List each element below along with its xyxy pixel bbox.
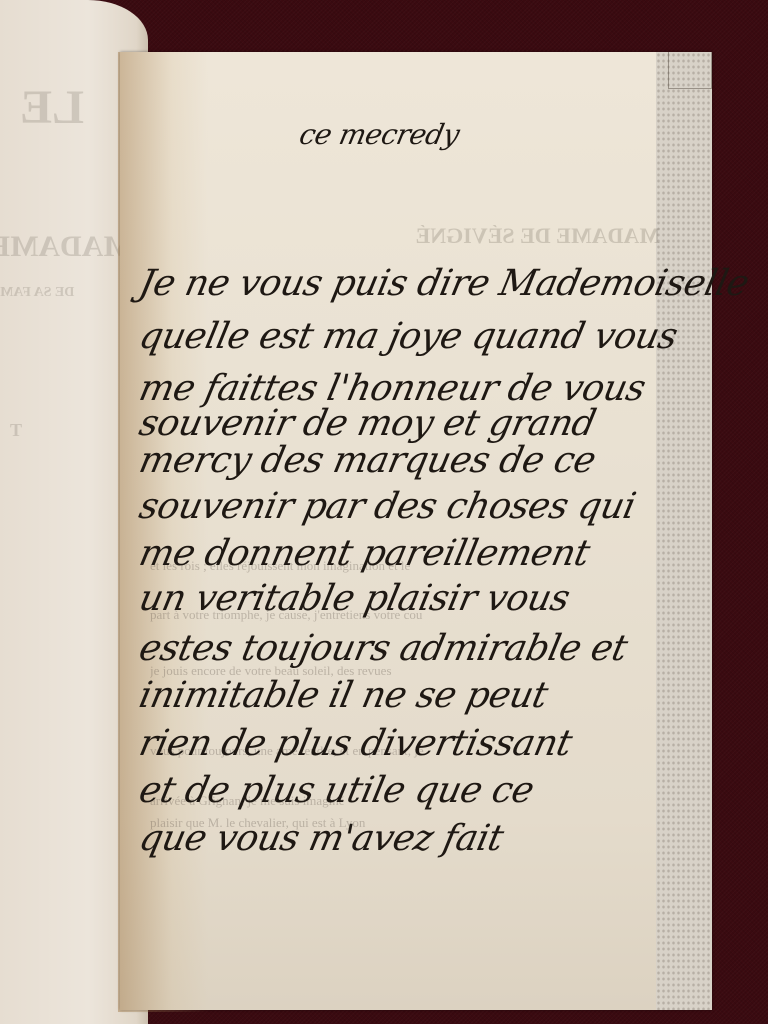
letter-line: rien de plus divertissant: [136, 723, 576, 764]
ghost-subtitle-text: DE SA FAM: [0, 285, 74, 301]
letter-line: que vous m'avez fait: [136, 818, 507, 859]
letter-line: un veritable plaisir vous: [136, 578, 573, 619]
letter-line: me donnent pareillement: [136, 533, 594, 574]
ghost-title-text: LE: [20, 80, 84, 135]
letter-line: quelle est ma joye quand vous: [136, 316, 681, 357]
letter-line: souvenir par des choses qui: [136, 486, 639, 527]
letter-line: Je ne vous puis dire Mademoiselle: [136, 263, 753, 304]
letter-line: souvenir de moy et grand: [136, 403, 600, 444]
page-edge-foxing: [656, 52, 712, 1010]
letter-line: inimitable il ne se peut: [136, 675, 551, 716]
photo-scene: LE MADAME DE SA FAM T MADAME DE SÉVIGNÉ …: [0, 0, 768, 1024]
ghost-letter-text: T: [10, 420, 22, 441]
corner-mark: [668, 52, 712, 89]
letter-line: et de plus utile que ce: [136, 770, 538, 811]
letter-line: estes toujours admirable et: [136, 628, 631, 669]
manuscript-leaf: [120, 52, 712, 1010]
letter-line: mercy des marques de ce: [136, 440, 600, 481]
bleed-through-heading: MADAME DE SÉVIGNÉ: [200, 225, 660, 247]
ghost-madame-text: MADAME: [0, 230, 132, 264]
letter-heading: ce mecredy: [296, 118, 462, 151]
